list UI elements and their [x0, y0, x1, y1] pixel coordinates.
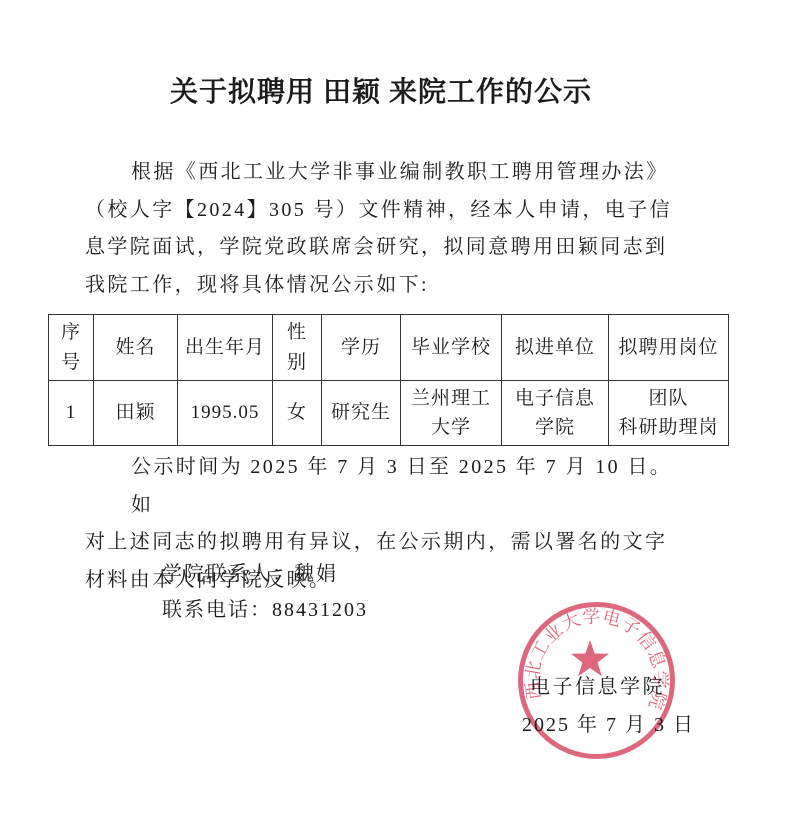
intro-paragraph: 根据《西北工业大学非事业编制教职工聘用管理办法》 （校人字【2024】305 号…: [85, 154, 690, 304]
table-header-row: 序 号 姓名 出生年月 性 别 学历 毕业学校 拟进单位 拟聘用岗位: [49, 315, 729, 381]
cell-birth: 1995.05: [178, 381, 273, 446]
signature-org: 电子信息学院: [530, 670, 665, 699]
paragraph-line: 息学院面试，学院党政联席会研究，拟同意聘用田颖同志到: [85, 229, 690, 267]
paragraph-line: （校人字【2024】305 号）文件精神，经本人申请，电子信: [85, 192, 690, 230]
employment-table: 序 号 姓名 出生年月 性 别 学历 毕业学校 拟进单位 拟聘用岗位 1 田颖 …: [48, 314, 729, 446]
cell-school: 兰州理工 大学: [401, 381, 502, 446]
contact-block: 学院联系人：魏娟 联系电话：88431203: [162, 556, 368, 628]
header-gender: 性 别: [273, 315, 322, 381]
header-unit: 拟进单位: [502, 315, 609, 381]
paragraph-line: 根据《西北工业大学非事业编制教职工聘用管理办法》: [85, 154, 690, 192]
cell-seq: 1: [49, 381, 94, 446]
table-row: 1 田颖 1995.05 女 研究生 兰州理工 大学 电子信息 学院 团队 科研…: [49, 381, 729, 446]
cell-name: 田颖: [94, 381, 178, 446]
header-seq: 序 号: [49, 315, 94, 381]
header-birth: 出生年月: [178, 315, 273, 381]
cell-gender: 女: [273, 381, 322, 446]
cell-degree: 研究生: [322, 381, 401, 446]
contact-person: 学院联系人：魏娟: [162, 556, 368, 592]
paragraph-line: 我院工作，现将具体情况公示如下:: [85, 267, 690, 305]
contact-phone: 联系电话：88431203: [162, 592, 368, 628]
paragraph-line: 公示时间为 2025 年 7 月 3 日至 2025 年 7 月 10 日。如: [85, 449, 690, 524]
document-page: 关于拟聘用 田颖 来院工作的公示 根据《西北工业大学非事业编制教职工聘用管理办法…: [0, 0, 790, 835]
signature-date: 2025 年 7 月 3 日: [522, 708, 695, 737]
header-name: 姓名: [94, 315, 178, 381]
header-degree: 学历: [322, 315, 401, 381]
header-position: 拟聘用岗位: [609, 315, 729, 381]
cell-position: 团队 科研助理岗: [609, 381, 729, 446]
header-school: 毕业学校: [401, 315, 502, 381]
cell-unit: 电子信息 学院: [502, 381, 609, 446]
page-title: 关于拟聘用 田颖 来院工作的公示: [85, 70, 677, 110]
